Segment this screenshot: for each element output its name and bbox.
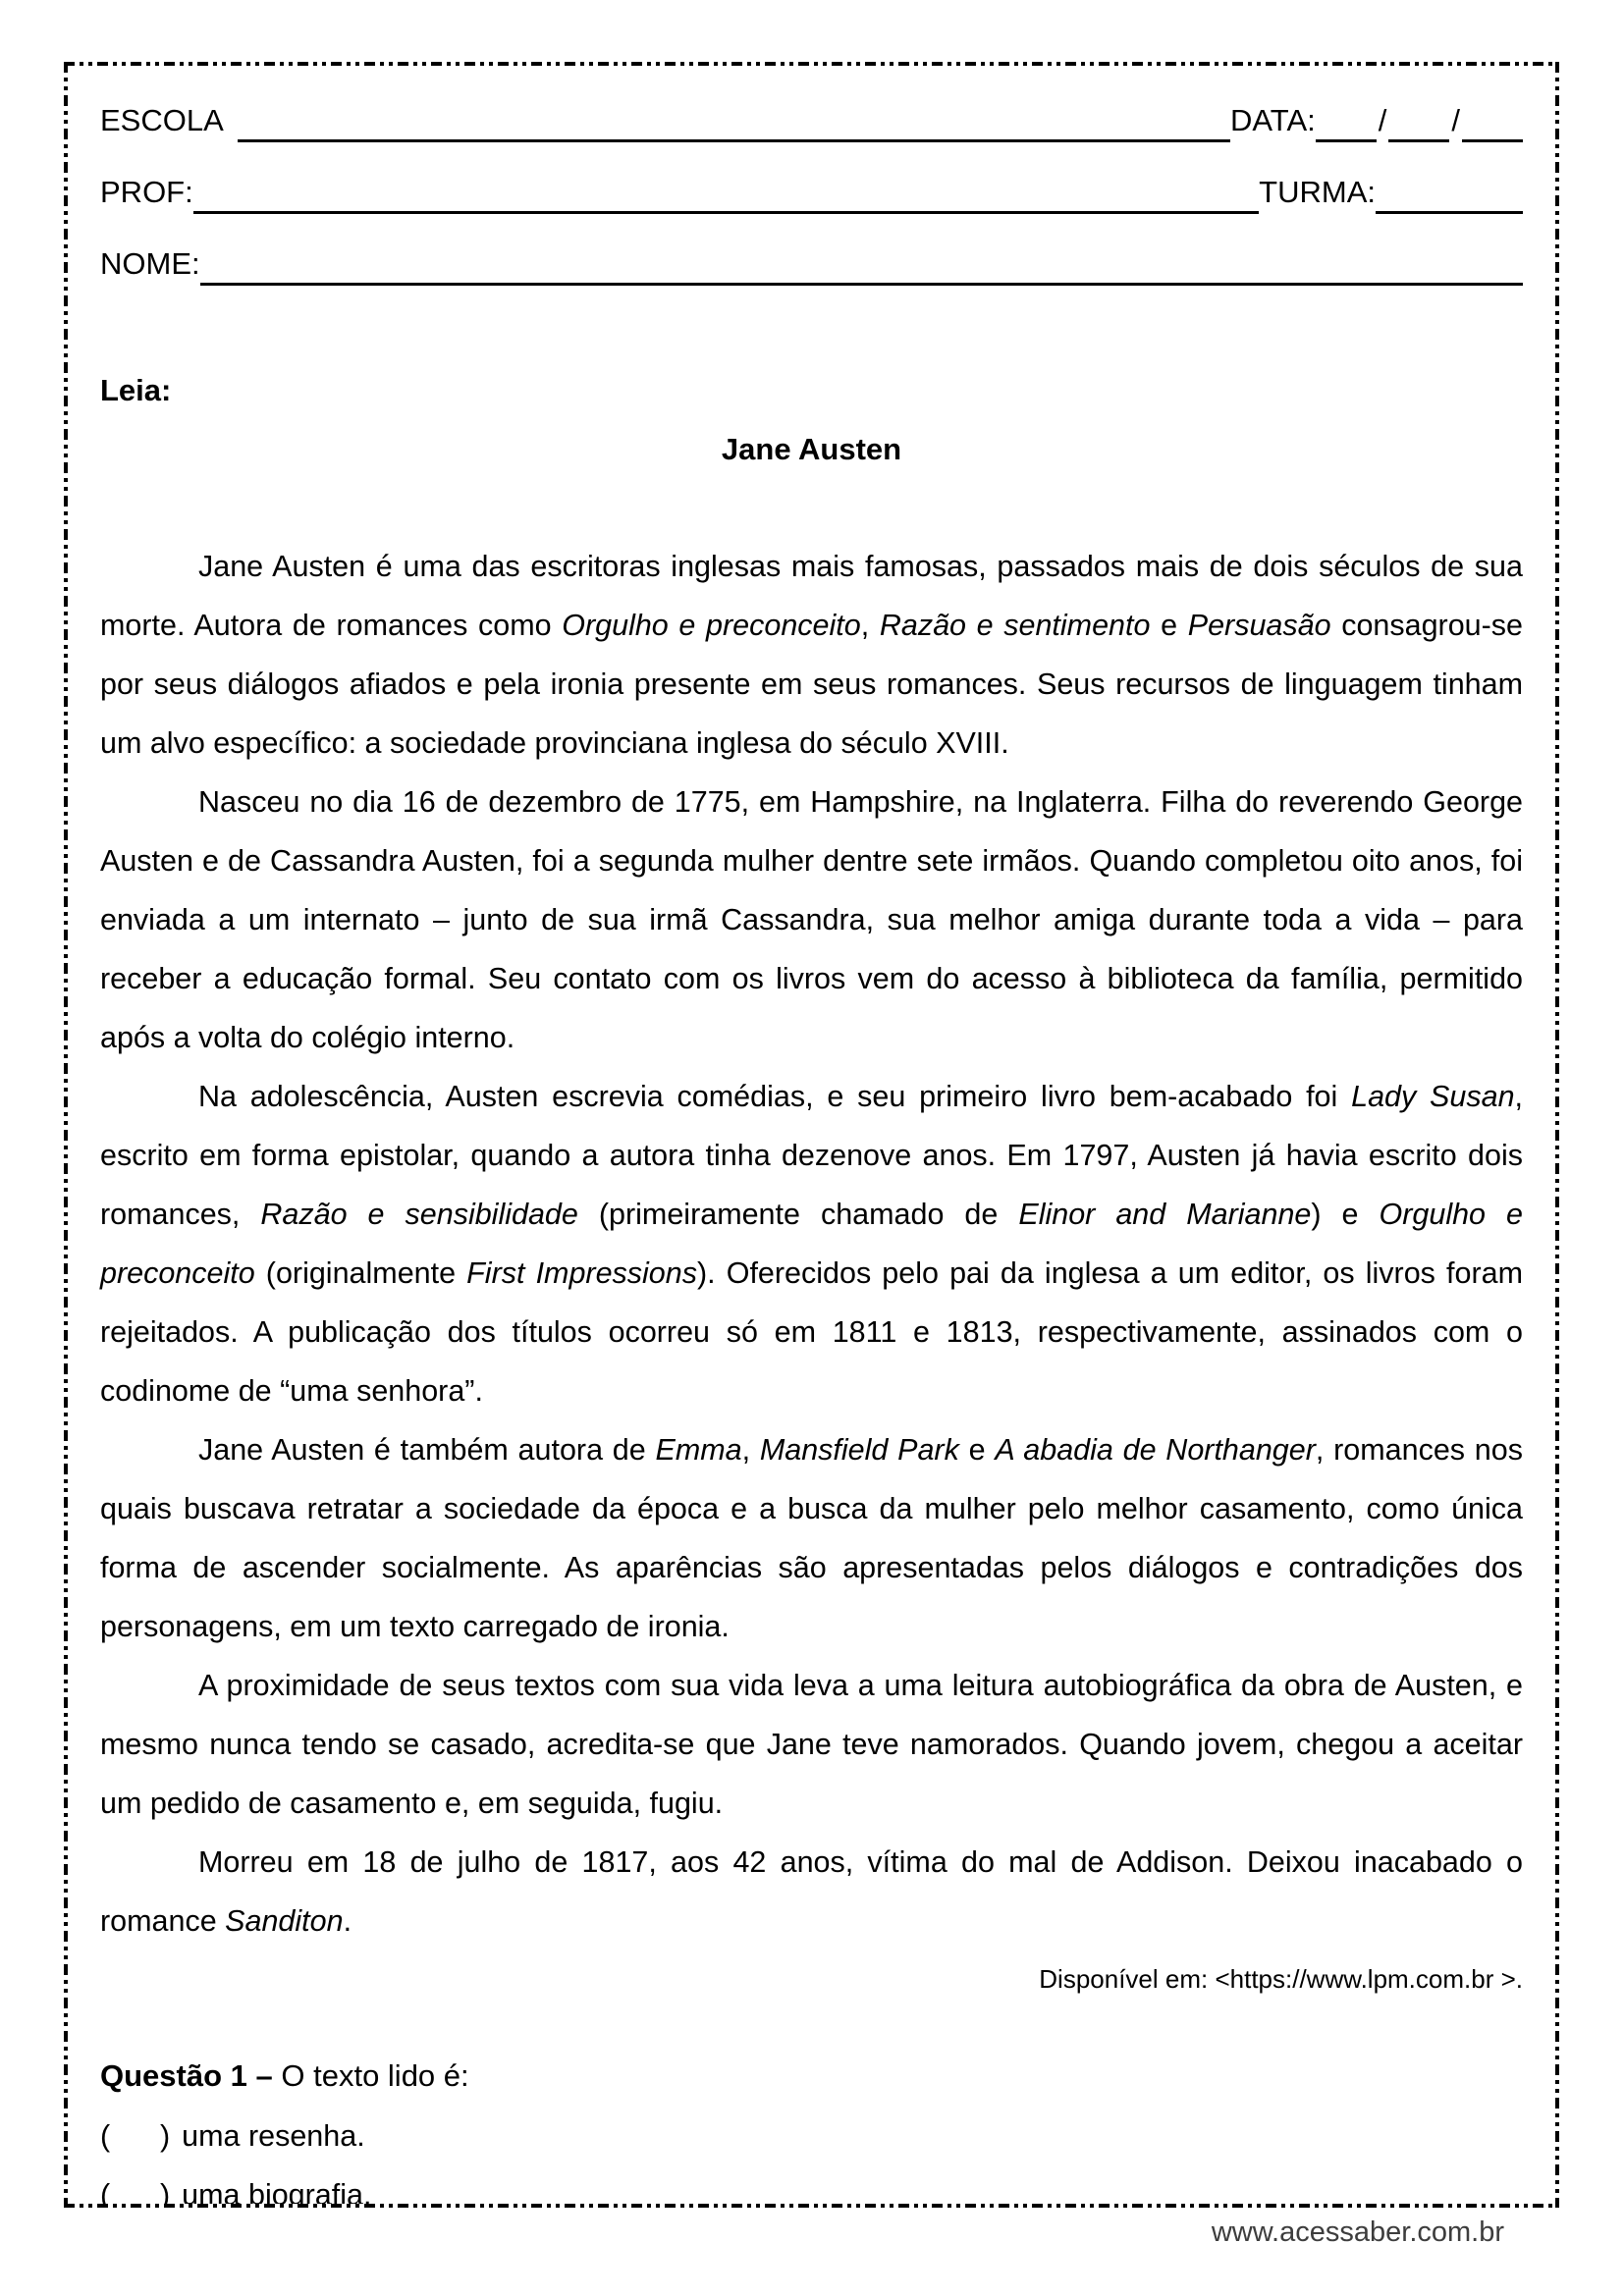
name-row: NOME: [100, 242, 1523, 286]
question-1-prompt: O texto lido é: [281, 2058, 468, 2093]
border-bottom [64, 2204, 1559, 2208]
teacher-blank-line[interactable] [193, 168, 1259, 214]
answer-parentheses-2[interactable]: ( ) [100, 2176, 170, 2204]
date-month-blank[interactable] [1388, 96, 1449, 142]
paragraph-5: A proximidade de seus textos com sua vid… [100, 1656, 1523, 1833]
date-separator: / [1449, 101, 1462, 142]
option-row-2: ( ) uma biografia. [100, 2176, 1523, 2204]
class-blank-line[interactable] [1376, 168, 1523, 214]
read-instruction: Leia: [100, 372, 1523, 409]
paragraph-4: Jane Austen é também autora de Emma, Man… [100, 1420, 1523, 1656]
question-1: Questão 1 – O texto lido é: [100, 2056, 1523, 2096]
teacher-label: PROF: [100, 173, 193, 214]
date-separator: / [1377, 101, 1389, 142]
reading-text: Jane Austen é uma das escritoras inglesa… [100, 537, 1523, 1950]
question-1-number: Questão 1 – [100, 2058, 273, 2093]
teacher-class-row: PROF: TURMA: [100, 171, 1523, 214]
paragraph-3: Na adolescência, Austen escrevia comédia… [100, 1067, 1523, 1420]
option-label-2: uma biografia. [182, 2176, 371, 2204]
school-blank-line[interactable] [238, 96, 1230, 142]
page-border: ESCOLA DATA: / / PROF: TURMA: NOME: [64, 62, 1559, 2208]
border-right [1555, 62, 1559, 2208]
class-label: TURMA: [1259, 173, 1376, 214]
page-content: ESCOLA DATA: / / PROF: TURMA: NOME: [68, 66, 1555, 2204]
date-year-blank[interactable] [1462, 96, 1523, 142]
answer-parentheses-1[interactable]: ( ) [100, 2117, 170, 2155]
option-label-1: uma resenha. [182, 2117, 365, 2155]
paragraph-2: Nasceu no dia 16 de dezembro de 1775, em… [100, 773, 1523, 1067]
school-date-row: ESCOLA DATA: / / [100, 99, 1523, 142]
site-url: www.acessaber.com.br [1212, 2216, 1504, 2249]
option-row-1: ( ) uma resenha. [100, 2117, 1523, 2155]
name-label: NOME: [100, 244, 200, 286]
school-label: ESCOLA [100, 101, 224, 142]
paragraph-1: Jane Austen é uma das escritoras inglesa… [100, 537, 1523, 773]
date-day-blank[interactable] [1316, 96, 1377, 142]
name-blank-line[interactable] [200, 240, 1523, 286]
text-title: Jane Austen [100, 431, 1523, 468]
source-citation: Disponível em: <https://www.lpm.com.br >… [100, 1962, 1523, 1996]
paragraph-6: Morreu em 18 de julho de 1817, aos 42 an… [100, 1833, 1523, 1950]
date-label: DATA: [1230, 101, 1316, 142]
